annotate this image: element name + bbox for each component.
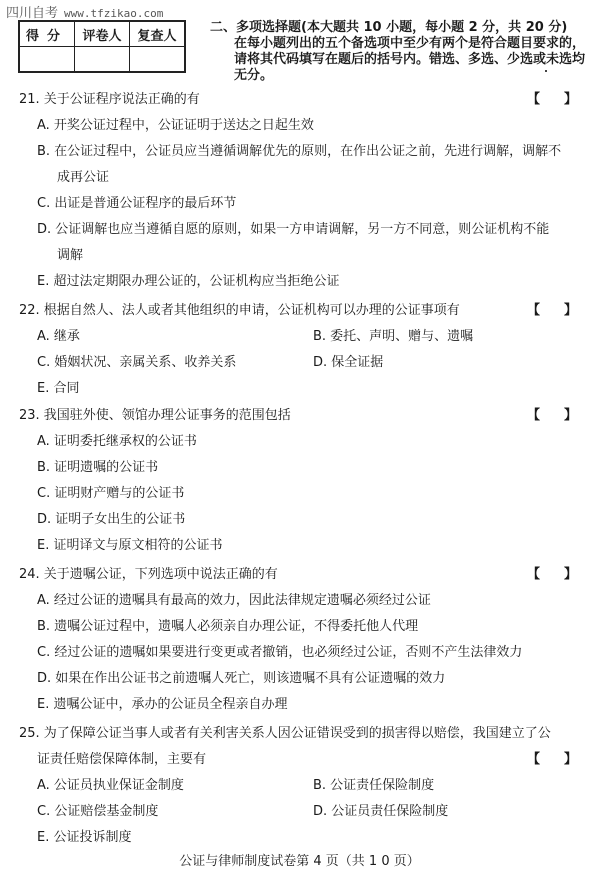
reviewer-value[interactable] — [130, 47, 186, 73]
answer-bracket[interactable]: 【】 — [527, 747, 577, 773]
watermark: 四川自考www.tfzikao.com — [6, 2, 163, 21]
question-stem: 24. 关于遗嘱公证，下列选项中说法正确的有 — [19, 567, 278, 582]
section-title: 二、多项选择题(本大题共 10 小题，每小题 2 分，共 20 分) — [210, 20, 590, 36]
option-a: A. 开奖公证过程中，公证证明于送达之日起生效 — [19, 113, 589, 139]
answer-bracket[interactable]: 【】 — [527, 298, 577, 324]
score-header-reviewer: 复查人 — [130, 21, 186, 47]
option-d: D. 保全证据 — [313, 350, 589, 376]
scan-speck — [545, 70, 547, 72]
option-c: C. 公证赔偿基金制度 — [19, 799, 313, 825]
question-24: 24. 关于遗嘱公证，下列选项中说法正确的有 【】 A. 经过公证的遗嘱具有最高… — [19, 562, 589, 718]
option-e: E. 证明译文与原文相符的公证书 — [19, 533, 589, 559]
option-d: D. 公证员责任保险制度 — [313, 799, 589, 825]
answer-bracket[interactable]: 【】 — [527, 562, 577, 588]
question-23: 23. 我国驻外使、领馆办理公证事务的范围包括 【】 A. 证明委托继承权的公证… — [19, 403, 589, 559]
question-stem: 21. 关于公证程序说法正确的有 — [19, 92, 200, 107]
grader-value[interactable] — [75, 47, 130, 73]
option-a: A. 经过公证的遗嘱具有最高的效力，因此法律规定遗嘱必须经过公证 — [19, 588, 589, 614]
watermark-site: 四川自考 — [6, 6, 58, 21]
question-25: 25. 为了保障公证当事人或者有关利害关系人因公证错误受到的损害得以赔偿，我国建… — [19, 721, 589, 851]
option-b: B. 在公证过程中，公证员应当遵循调解优先的原则，在作出公证之前，先进行调解，调… — [19, 139, 589, 165]
option-b: B. 证明遗嘱的公证书 — [19, 455, 589, 481]
option-d: D. 证明子女出生的公证书 — [19, 507, 589, 533]
option-a: A. 继承 — [19, 324, 313, 350]
question-21: 21. 关于公证程序说法正确的有 【】 A. 开奖公证过程中，公证证明于送达之日… — [19, 87, 589, 295]
option-e: E. 合同 — [19, 376, 589, 402]
score-table: 得分 评卷人 复查人 — [18, 20, 186, 73]
score-value[interactable] — [19, 47, 75, 73]
option-b: B. 遗嘱公证过程中，遗嘱人必须亲自办理公证，不得委托他人代理 — [19, 614, 589, 640]
option-a: A. 公证员执业保证金制度 — [19, 773, 313, 799]
option-b: B. 委托、声明、赠与、遗嘱 — [313, 324, 589, 350]
score-header-score: 得分 — [19, 21, 75, 47]
question-stem-cont: 证责任赔偿保障体制，主要有 — [37, 752, 206, 767]
option-c: C. 婚姻状况、亲属关系、收养关系 — [19, 350, 313, 376]
page-footer: 公证与律师制度试卷第 4 页（共 1 0 页） — [0, 850, 599, 869]
question-stem: 23. 我国驻外使、领馆办理公证事务的范围包括 — [19, 408, 291, 423]
score-header-grader: 评卷人 — [75, 21, 130, 47]
answer-bracket[interactable]: 【】 — [527, 403, 577, 429]
question-stem: 22. 根据自然人、法人或者其他组织的申请，公证机构可以办理的公证事项有 — [19, 303, 460, 318]
question-22: 22. 根据自然人、法人或者其他组织的申请，公证机构可以办理的公证事项有 【】 … — [19, 298, 589, 402]
option-d: D. 如果在作出公证书之前遗嘱人死亡，则该遗嘱不具有公证遗嘱的效力 — [19, 666, 589, 692]
section-instructions: 在每小题列出的五个备选项中至少有两个是符合题目要求的，请将其代码填写在题后的括号… — [210, 36, 590, 84]
option-b-cont: 成再公证 — [19, 165, 589, 191]
question-stem: 25. 为了保障公证当事人或者有关利害关系人因公证错误受到的损害得以赔偿，我国建… — [19, 726, 551, 741]
watermark-url: www.tfzikao.com — [64, 7, 163, 20]
answer-bracket[interactable]: 【】 — [527, 87, 577, 113]
option-e: E. 遗嘱公证中，承办的公证员全程亲自办理 — [19, 692, 589, 718]
option-c: C. 经过公证的遗嘱如果要进行变更或者撤销，也必须经过公证，否则不产生法律效力 — [19, 640, 589, 666]
option-a: A. 证明委托继承权的公证书 — [19, 429, 589, 455]
option-e: E. 公证投诉制度 — [19, 825, 589, 851]
option-d: D. 公证调解也应当遵循自愿的原则，如果一方申请调解，另一方不同意，则公证机构不… — [19, 217, 589, 243]
option-c: C. 证明财产赠与的公证书 — [19, 481, 589, 507]
option-e: E. 超过法定期限办理公证的，公证机构应当拒绝公证 — [19, 269, 589, 295]
option-b: B. 公证责任保险制度 — [313, 773, 589, 799]
option-d-cont: 调解 — [19, 243, 589, 269]
section-header: 二、多项选择题(本大题共 10 小题，每小题 2 分，共 20 分) 在每小题列… — [210, 20, 590, 84]
option-c: C. 出证是普通公证程序的最后环节 — [19, 191, 589, 217]
